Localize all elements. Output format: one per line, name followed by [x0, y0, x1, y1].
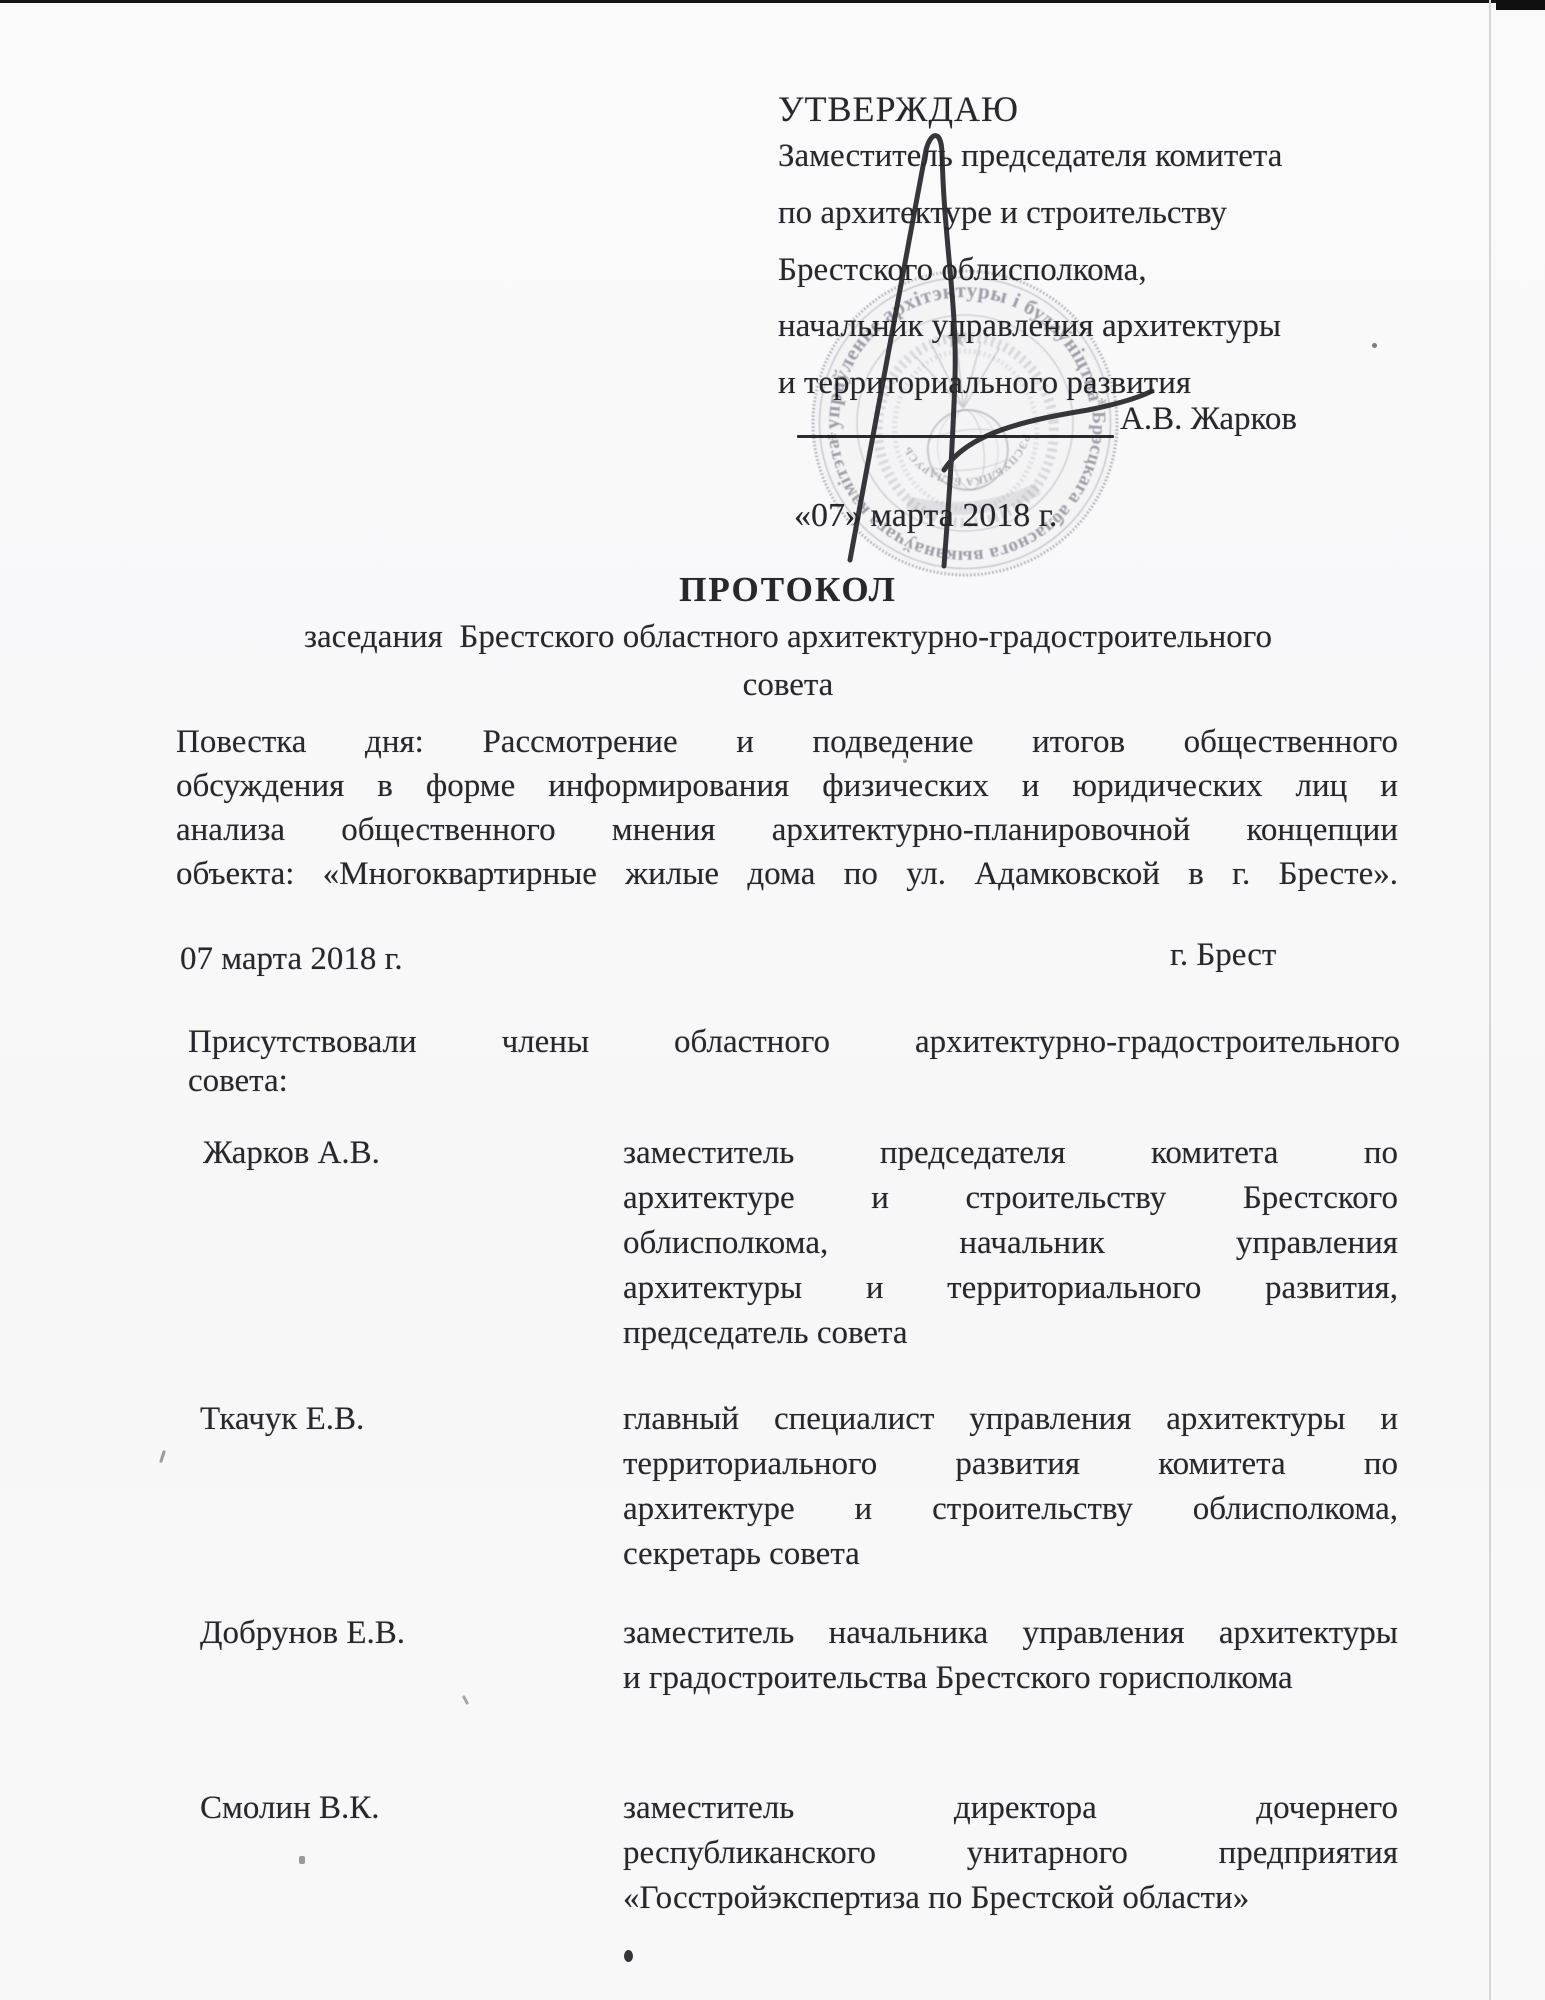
signature-stroke-main	[850, 136, 955, 566]
scanned-protocol-page: УТВЕРЖДАЮ Заместитель председателя комит…	[0, 0, 1545, 2000]
signature-stroke-flourish	[944, 391, 1152, 470]
handwritten-signature	[0, 0, 1545, 2000]
